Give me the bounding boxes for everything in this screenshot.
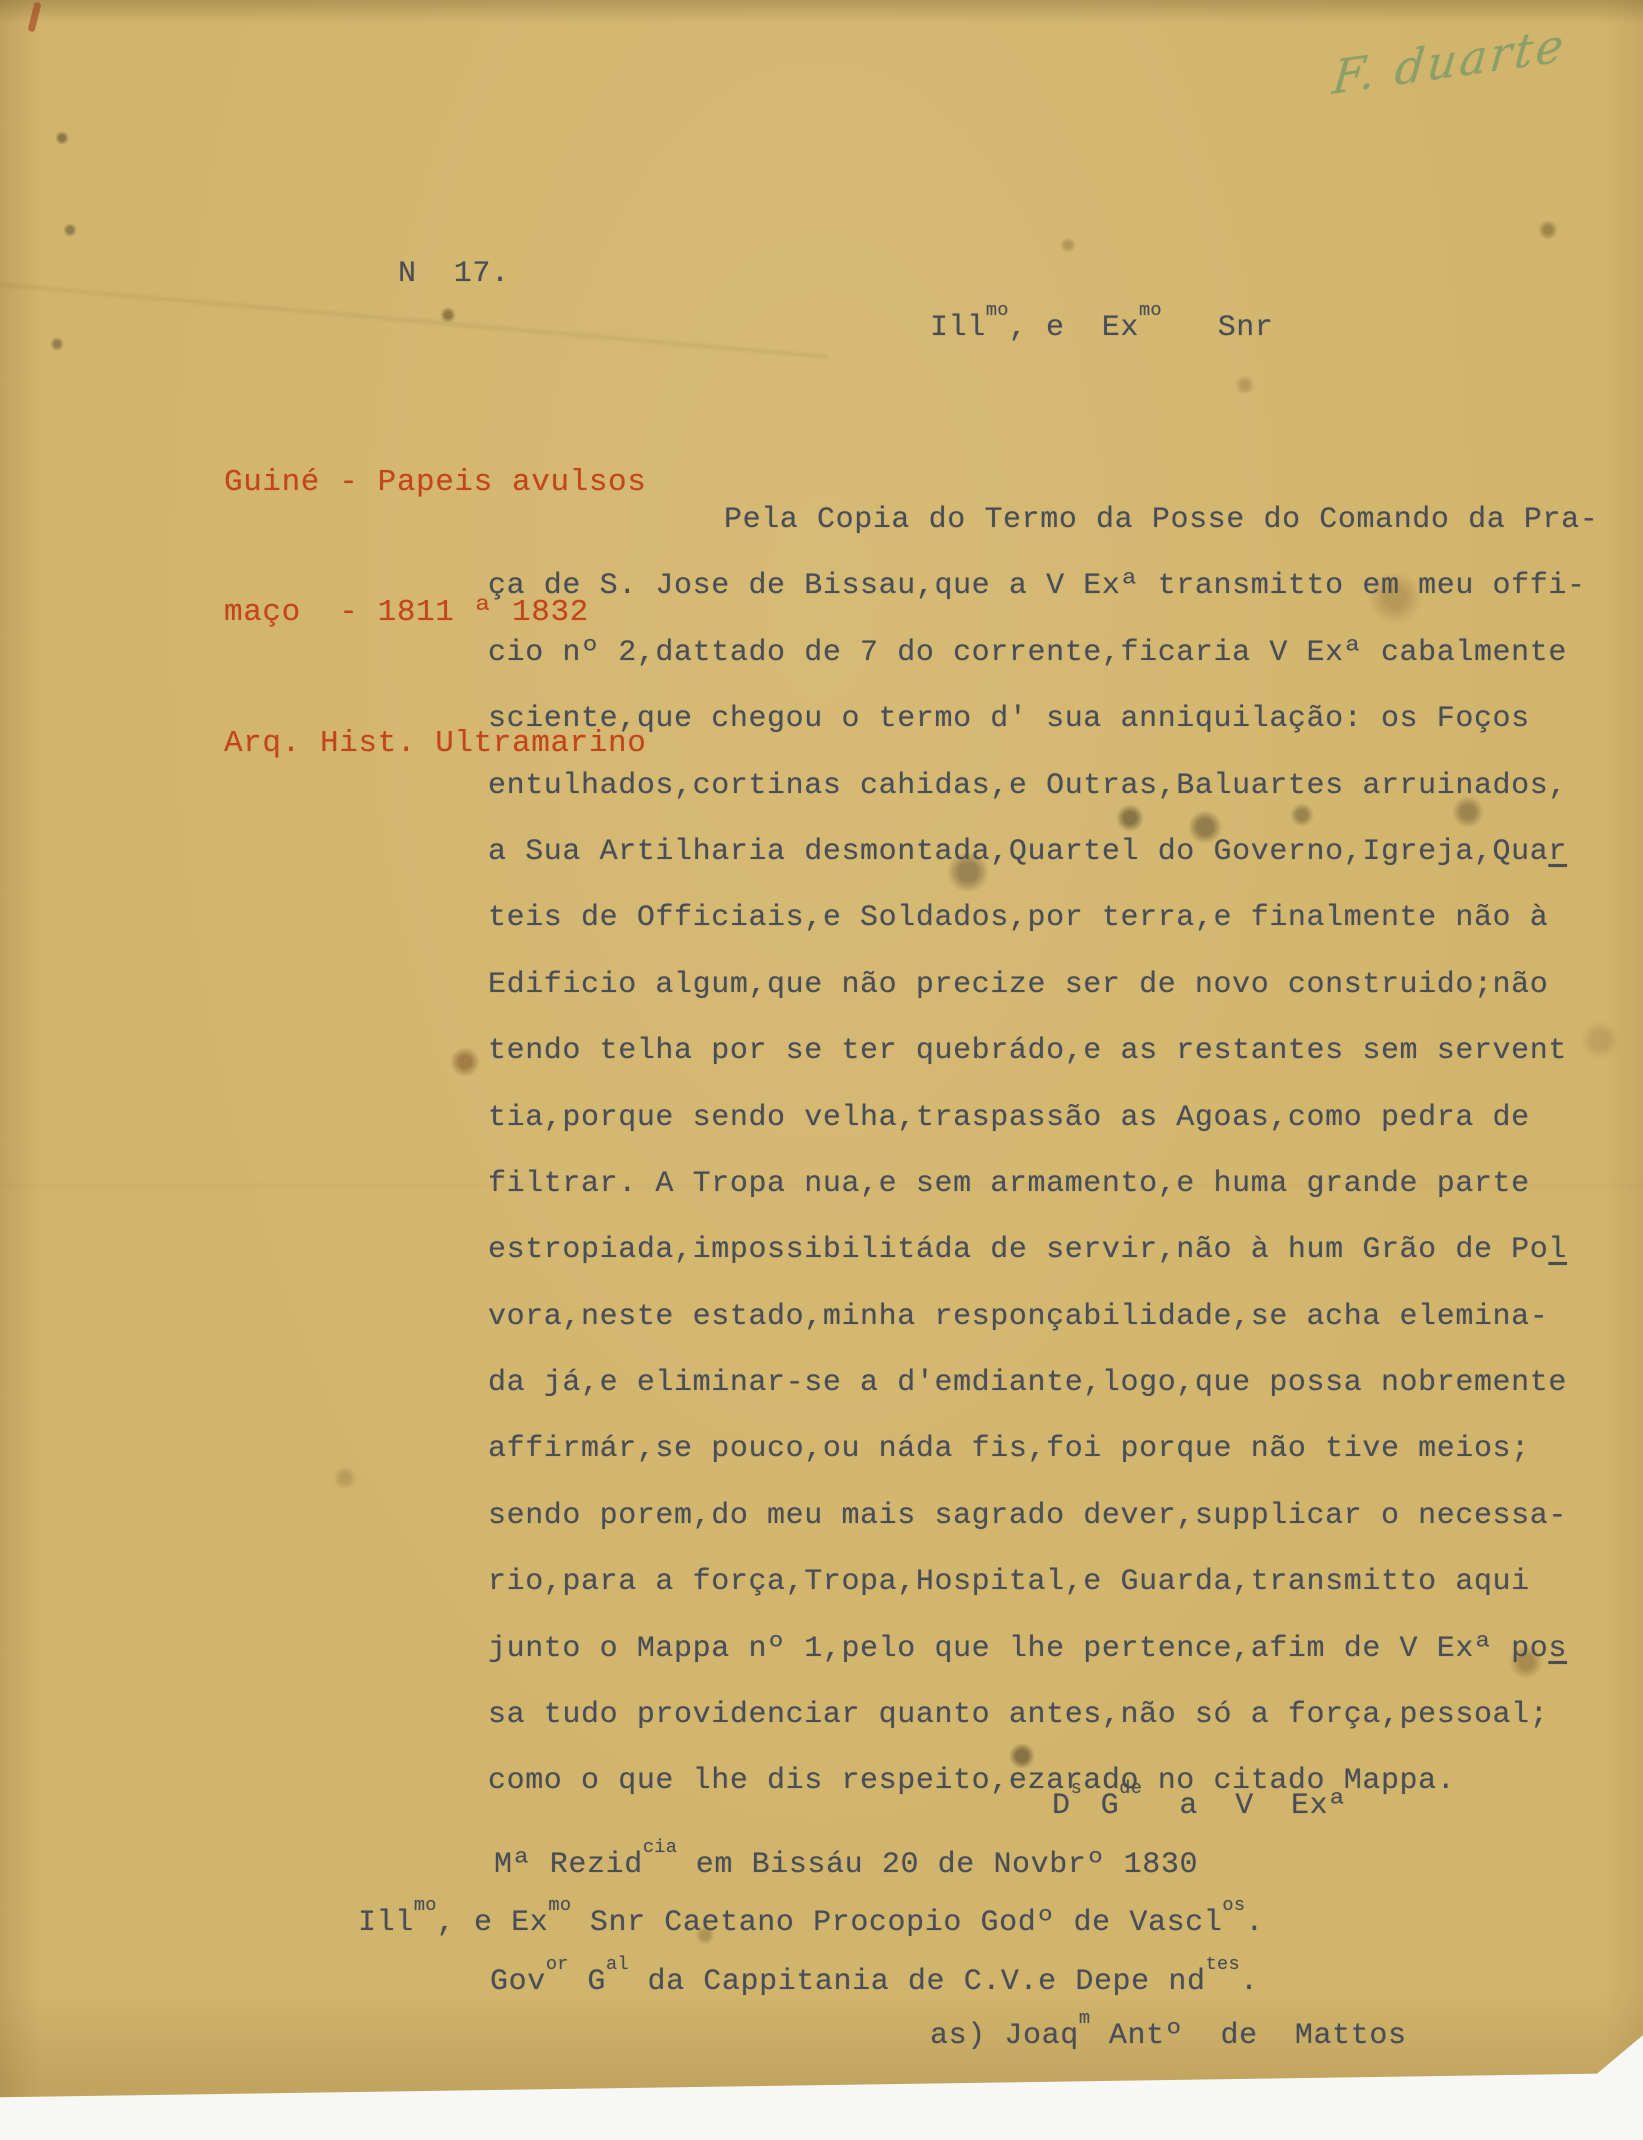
body-line: entulhados,cortinas cahidas,e Outras,Bal… [488, 768, 1598, 834]
body-line: filtrar. A Tropa nua,e sem armamento,e h… [488, 1166, 1598, 1232]
body-line: estropiada,impossibilitáda de servir,não… [488, 1232, 1598, 1298]
document-number: N 17. [398, 256, 510, 294]
body-line: vora,neste estado,minha responçabilidade… [488, 1299, 1598, 1365]
body-line: Pela Copia do Termo da Posse do Comando … [488, 502, 1598, 568]
body-line: junto o Mappa nº 1,pelo que lhe pertence… [488, 1631, 1598, 1697]
body-line: tendo telha por se ter quebrádo,e as res… [488, 1033, 1598, 1099]
place-date-line: Mª Rezidcia em Bissáu 20 de Novbrº 1830 [494, 1845, 1198, 1885]
body-line: como o que lhe dis respeito,ezarado no c… [488, 1763, 1598, 1829]
salutation: Illmo, e Exmo Snr [930, 308, 1274, 348]
body-line: affirmár,se pouco,ou náda fis,foi porque… [488, 1431, 1598, 1497]
addressee-line-1: Illmo, e Exmo Snr Caetano Procopio Godº … [358, 1903, 1264, 1943]
body-line: cio nº 2,dattado de 7 do corrente,ficari… [488, 635, 1598, 701]
body-line: a Sua Artilharia desmontada,Quartel do G… [488, 834, 1598, 900]
scanned-letter-page: F. duarte N 17. Illmo, e Exmo Snr Guiné … [0, 0, 1643, 2140]
valediction-line: Ds Gde a V Exª [1052, 1786, 1347, 1826]
body-line: sa tudo providenciar quanto antes,não só… [488, 1697, 1598, 1763]
body-line: sciente,que chegou o termo d' sua anniqu… [488, 701, 1598, 767]
addressee-line-2: Govor Gal da Cappitania de C.V.e Depe nd… [490, 1962, 1259, 2002]
body-line: ça de S. Jose de Bissau,que a V Exª tran… [488, 568, 1598, 634]
body-text: Pela Copia do Termo da Posse do Comando … [488, 502, 1598, 1830]
body-line: Edificio algum,que não precize ser de no… [488, 967, 1598, 1033]
body-line: sendo porem,do meu mais sagrado dever,su… [488, 1498, 1598, 1564]
body-line: teis de Officiais,e Soldados,por terra,e… [488, 900, 1598, 966]
body-line: rio,para a força,Tropa,Hospital,e Guarda… [488, 1564, 1598, 1630]
body-line: tia,porque sendo velha,traspassão as Ago… [488, 1100, 1598, 1166]
body-line: da já,e eliminar-se a d'emdiante,logo,qu… [488, 1365, 1598, 1431]
signature-line: as) Joaqm Antº de Mattos [930, 2016, 1407, 2056]
